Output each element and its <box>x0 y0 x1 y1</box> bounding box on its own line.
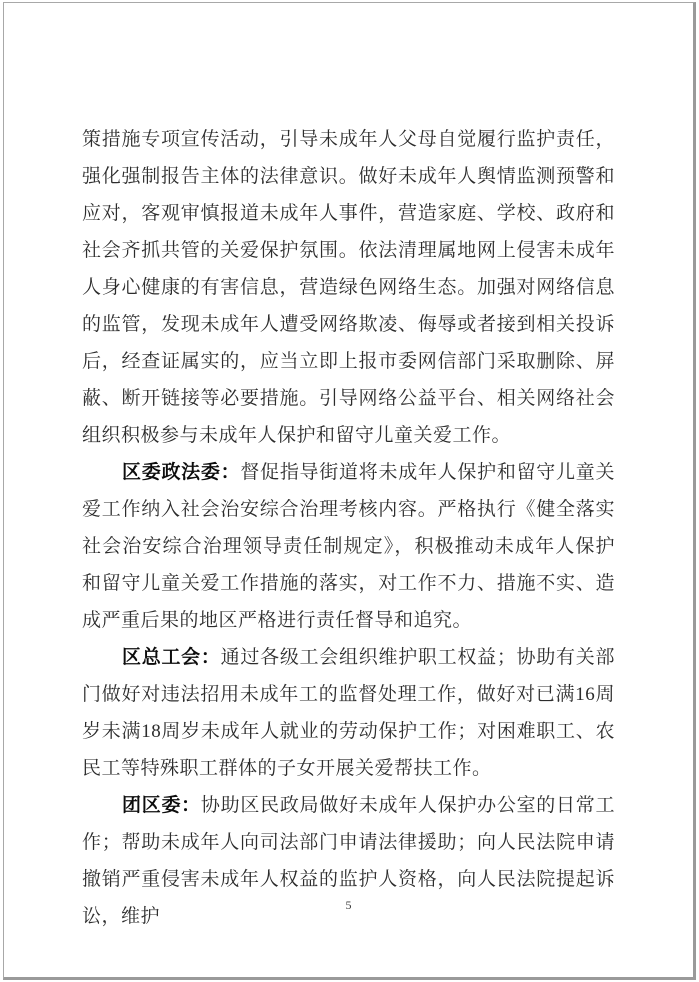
paragraph: 区总工会：通过各级工会组织维护职工权益；协助有关部门做好对违法招用未成年工的监督… <box>82 639 615 787</box>
document-page: 策措施专项宣传活动，引导未成年人父母自觉履行监护责任，强化强制报告主体的法律意识… <box>3 2 696 980</box>
paragraph-lead: 区总工会： <box>122 647 221 668</box>
paragraph-lead: 区委政法委： <box>122 462 240 483</box>
document-viewport: 策措施专项宣传活动，引导未成年人父母自觉履行监护责任，强化强制报告主体的法律意识… <box>0 0 699 982</box>
paragraph-text: 督促指导街道将未成年人保护和留守儿童关爱工作纳入社会治安综合治理考核内容。严格执… <box>82 462 615 631</box>
paragraph-text: 策措施专项宣传活动，引导未成年人父母自觉履行监护责任，强化强制报告主体的法律意识… <box>82 129 615 446</box>
page-number: 5 <box>4 897 693 913</box>
paragraph-lead: 团区委： <box>122 795 201 816</box>
paragraph: 策措施专项宣传活动，引导未成年人父母自觉履行监护责任，强化强制报告主体的法律意识… <box>82 121 615 454</box>
document-body-text: 策措施专项宣传活动，引导未成年人父母自觉履行监护责任，强化强制报告主体的法律意识… <box>82 121 615 935</box>
paragraph: 区委政法委：督促指导街道将未成年人保护和留守儿童关爱工作纳入社会治安综合治理考核… <box>82 454 615 639</box>
